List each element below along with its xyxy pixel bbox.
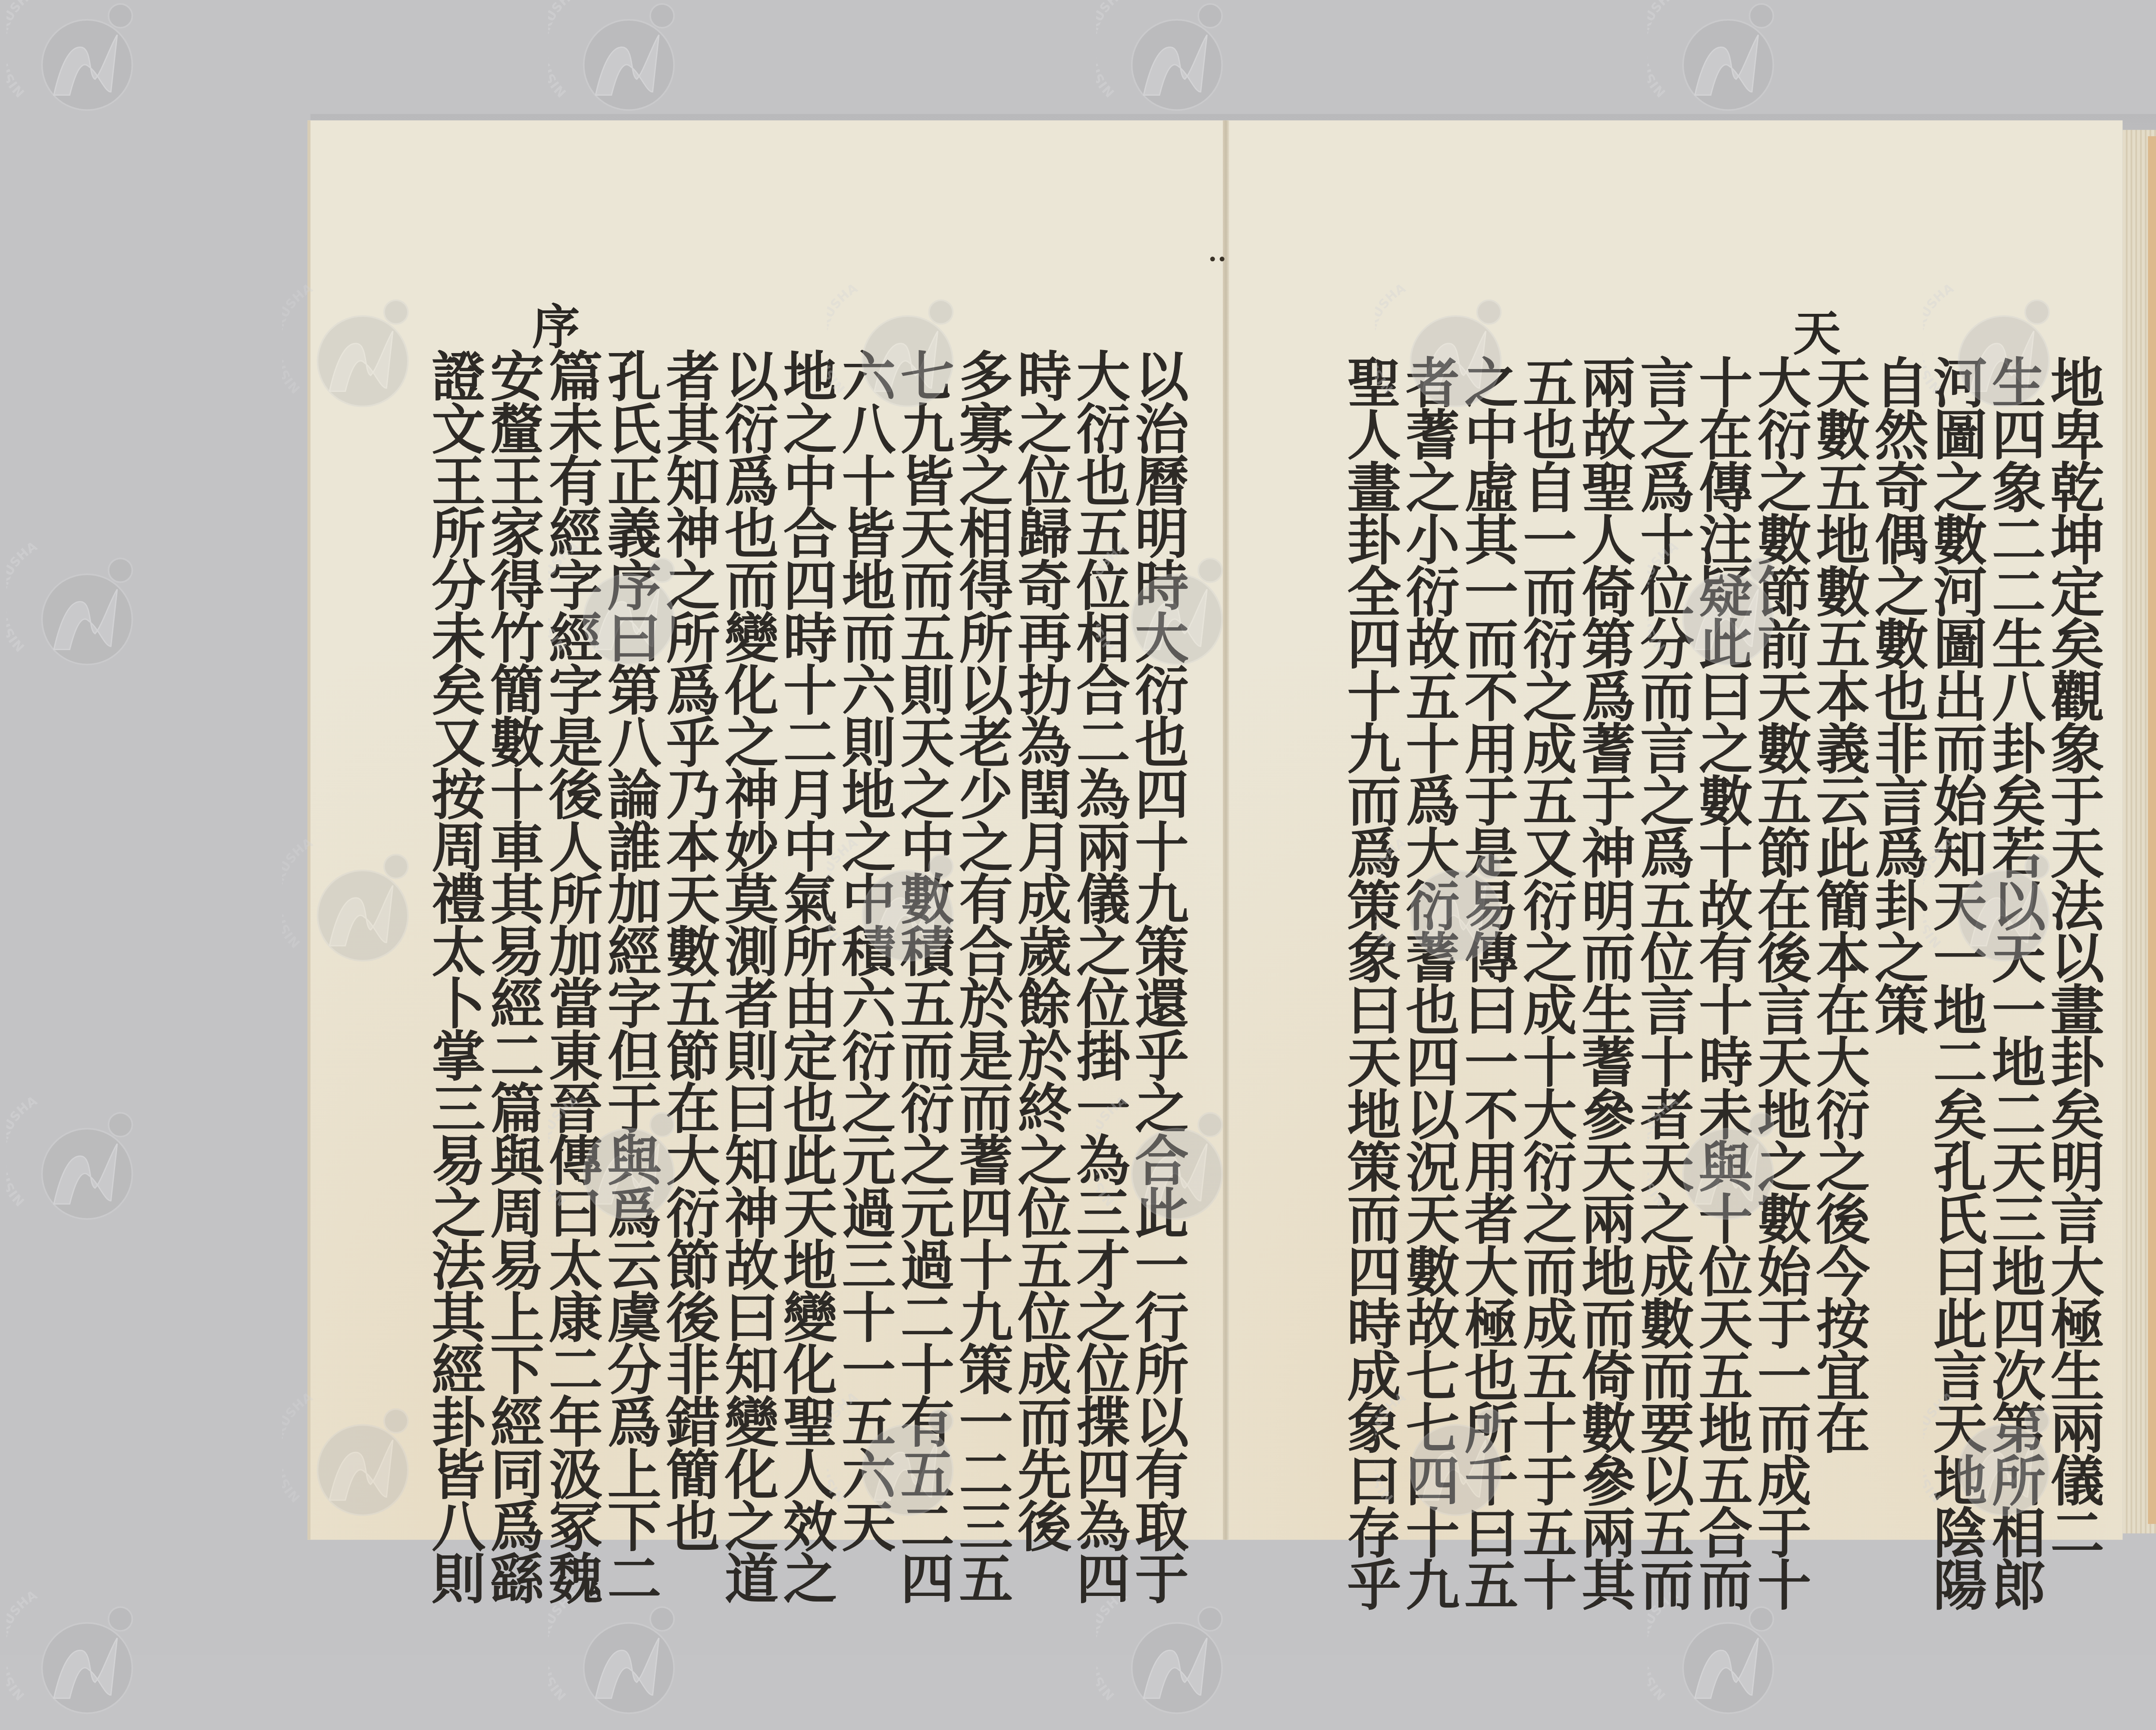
nishogakusha-watermark-icon: NISHOGAKUSHA <box>282 277 428 423</box>
svg-text:NISHOGAKUSHA: NISHOGAKUSHA <box>6 539 40 654</box>
nishogakusha-watermark-icon: NISHOGAKUSHA <box>548 535 694 681</box>
nishogakusha-watermark-icon: NISHOGAKUSHA <box>6 1090 152 1236</box>
svg-text:NISHOGAKUSHA: NISHOGAKUSHA <box>827 835 860 951</box>
nishogakusha-watermark-icon: NISHOGAKUSHA <box>1096 0 1242 127</box>
nishogakusha-watermark-icon: NISHOGAKUSHA <box>1923 1386 2069 1532</box>
nishogakusha-watermark-icon: NISHOGAKUSHA <box>282 832 428 977</box>
text-column: 地之中合四時十二月中氣所由定也此天地變化聖人效之 <box>774 348 835 1603</box>
text-column: 自然奇偶之數也非言爲卦之策 <box>1866 355 1926 1034</box>
svg-text:NISHOGAKUSHA: NISHOGAKUSHA <box>1375 1389 1408 1505</box>
svg-text:NISHOGAKUSHA: NISHOGAKUSHA <box>1096 0 1129 100</box>
svg-text:NISHOGAKUSHA: NISHOGAKUSHA <box>1923 281 1956 396</box>
text-column: 者其知神之所爲乎乃本天數五節在大衍節後非錯簡也 <box>658 348 718 1551</box>
svg-text:NISHOGAKUSHA: NISHOGAKUSHA <box>1096 539 1129 654</box>
nishogakusha-watermark-icon: NISHOGAKUSHA <box>1647 0 1793 127</box>
svg-text:NISHOGAKUSHA: NISHOGAKUSHA <box>1923 835 1956 951</box>
book-gutter <box>1223 120 1229 1539</box>
text-column: 證文王所分未矣又按周禮太卜掌三易之法其經卦皆八則 <box>423 348 483 1603</box>
nishogakusha-watermark-icon: NISHOGAKUSHA <box>282 1386 428 1532</box>
svg-text:NISHOGAKUSHA: NISHOGAKUSHA <box>6 1093 40 1209</box>
open-book: 序 以治曆明時大衍也四十九策還乎之合此一行所以有取于大衍也五位相合二為兩儀之位掛… <box>307 120 2156 1539</box>
svg-text:NISHOGAKUSHA: NISHOGAKUSHA <box>282 835 315 951</box>
svg-text:NISHOGAKUSHA: NISHOGAKUSHA <box>6 1587 40 1655</box>
nishogakusha-watermark-icon: NISHOGAKUSHA <box>1096 535 1242 681</box>
nishogakusha-watermark-icon: NISHOGAKUSHA <box>827 277 973 423</box>
nishogakusha-watermark-icon: NISHOGAKUSHA <box>6 1584 152 1655</box>
nishogakusha-watermark-icon: NISHOGAKUSHA <box>1375 832 1521 977</box>
nishogakusha-watermark-icon: NISHOGAKUSHA <box>6 0 152 127</box>
svg-text:NISHOGAKUSHA: NISHOGAKUSHA <box>1647 0 1680 100</box>
svg-text:NISHOGAKUSHA: NISHOGAKUSHA <box>282 1389 315 1505</box>
svg-text:NISHOGAKUSHA: NISHOGAKUSHA <box>1375 281 1408 396</box>
back-cover-edge <box>2148 136 2156 1524</box>
text-column: 天數五地數五本義云此簡本在大衍之後今按宜在 <box>1807 355 1868 1452</box>
svg-text:NISHOGAKUSHA: NISHOGAKUSHA <box>827 1389 860 1505</box>
photo-stage: NISHOGAKUSHANISHOGAKUSHANISHOGAKUSHANISH… <box>0 0 2156 1655</box>
nishogakusha-watermark-icon: NISHOGAKUSHA <box>1647 535 1793 681</box>
nishogakusha-watermark-icon: NISHOGAKUSHA <box>1096 1090 1242 1236</box>
nishogakusha-watermark-icon: NISHOGAKUSHA <box>1923 277 2069 423</box>
left-page: 序 以治曆明時大衍也四十九策還乎之合此一行所以有取于大衍也五位相合二為兩儀之位掛… <box>307 120 1229 1539</box>
svg-text:NISHOGAKUSHA: NISHOGAKUSHA <box>282 281 315 396</box>
svg-text:NISHOGAKUSHA: NISHOGAKUSHA <box>6 0 40 100</box>
nishogakusha-watermark-icon: NISHOGAKUSHA <box>1375 1386 1521 1532</box>
svg-text:NISHOGAKUSHA: NISHOGAKUSHA <box>827 281 860 396</box>
nishogakusha-watermark-icon: NISHOGAKUSHA <box>1923 832 2069 977</box>
text-column: 兩故聖人倚第爲蓍于神明而生蓍參天兩地而倚數參兩其 <box>1573 355 1633 1609</box>
left-page-heading: 序 <box>532 288 580 358</box>
binding-hole <box>1210 257 1215 261</box>
text-column: 五也自一而衍之成五又衍之成十大衍之而成五十于五十 <box>1514 355 1575 1609</box>
right-page-heading: 天 <box>1793 294 1840 364</box>
text-column: 安釐王家得竹簡數十車其易經二篇與周易上下經同爲繇 <box>482 348 542 1603</box>
binding-hole <box>1220 257 1225 261</box>
svg-text:NISHOGAKUSHA: NISHOGAKUSHA <box>1647 1093 1680 1209</box>
nishogakusha-watermark-icon: NISHOGAKUSHA <box>1647 1090 1793 1236</box>
svg-text:NISHOGAKUSHA: NISHOGAKUSHA <box>1923 1389 1956 1505</box>
svg-text:NISHOGAKUSHA: NISHOGAKUSHA <box>548 1093 581 1209</box>
nishogakusha-watermark-icon: NISHOGAKUSHA <box>827 832 973 977</box>
svg-text:NISHOGAKUSHA: NISHOGAKUSHA <box>548 0 581 100</box>
nishogakusha-watermark-icon: NISHOGAKUSHA <box>548 0 694 127</box>
nishogakusha-watermark-icon: NISHOGAKUSHA <box>827 1386 973 1532</box>
text-column: 時之位歸奇再扐為閏月成歲餘於終之位五位成而先後 <box>1009 348 1069 1551</box>
text-column: 以衍爲也而變化之神妙莫測者則曰知神故曰知變化之道 <box>716 348 776 1603</box>
svg-text:NISHOGAKUSHA: NISHOGAKUSHA <box>1375 835 1408 951</box>
nishogakusha-watermark-icon: NISHOGAKUSHA <box>548 1090 694 1236</box>
nishogakusha-watermark-icon: NISHOGAKUSHA <box>6 535 152 681</box>
svg-text:NISHOGAKUSHA: NISHOGAKUSHA <box>548 539 581 654</box>
svg-text:NISHOGAKUSHA: NISHOGAKUSHA <box>1647 539 1680 654</box>
svg-text:NISHOGAKUSHA: NISHOGAKUSHA <box>1096 1093 1129 1209</box>
nishogakusha-watermark-icon: NISHOGAKUSHA <box>1375 277 1521 423</box>
